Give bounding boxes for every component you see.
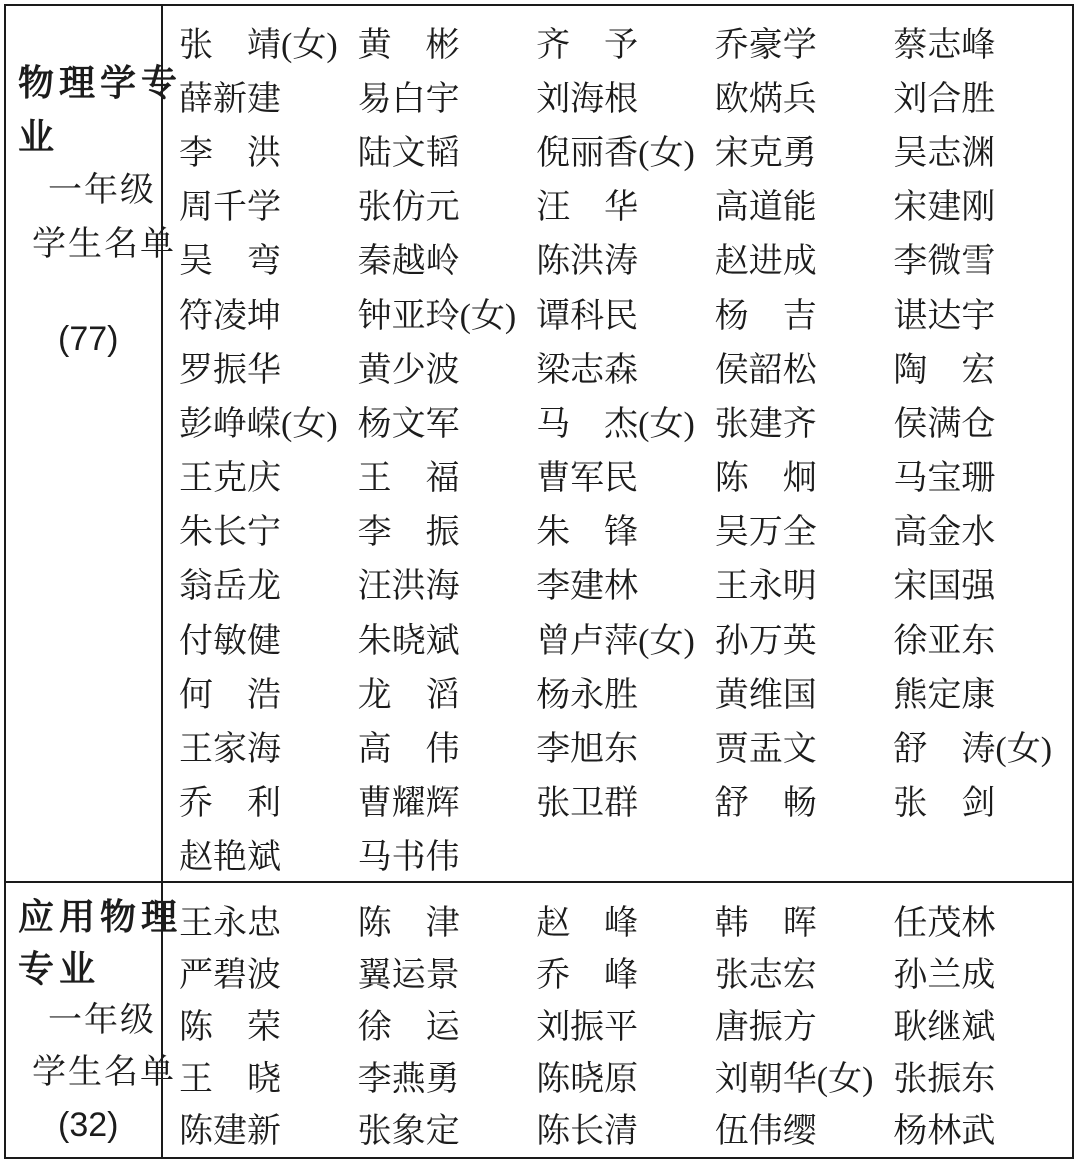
- student-name: 汪洪海: [358, 556, 537, 610]
- student-name: 汪 华: [536, 177, 715, 231]
- student-name: 赵艳斌: [179, 827, 358, 881]
- student-name: [536, 827, 715, 881]
- name-grid-physics: 张 靖(女)黄 彬齐 予乔豪学蔡志峰薛新建易白宇刘海根欧焫兵刘合胜李 洪陆文韬倪…: [163, 6, 1072, 881]
- student-name: 翼运景: [358, 945, 537, 997]
- student-name: 蔡志峰: [893, 14, 1072, 68]
- student-name: 朱长宁: [179, 502, 358, 556]
- student-name: 王永忠: [179, 893, 358, 945]
- student-name: 李 洪: [179, 122, 358, 176]
- grade-label: 一年级: [18, 995, 157, 1047]
- row-header-physics: 物理学专 业 一年级 学生名单 (77): [6, 6, 163, 881]
- student-name: 张象定: [358, 1101, 537, 1153]
- scanned-roster-page: 物理学专 业 一年级 学生名单 (77) 张 靖(女)黄 彬齐 予乔豪学蔡志峰薛…: [0, 0, 1078, 1163]
- student-name: 谌达宇: [893, 285, 1072, 339]
- student-name: 乔豪学: [715, 14, 894, 68]
- student-name: 钟亚玲(女): [358, 285, 537, 339]
- student-name: 秦越岭: [358, 231, 537, 285]
- student-name: 舒 畅: [715, 773, 894, 827]
- student-name: 曹耀辉: [358, 773, 537, 827]
- student-name: 杨永胜: [536, 664, 715, 718]
- student-name: 贾盂文: [715, 718, 894, 772]
- student-name: 马 杰(女): [536, 393, 715, 447]
- student-name: 马书伟: [358, 827, 537, 881]
- student-name: 齐 予: [536, 14, 715, 68]
- student-name: 张卫群: [536, 773, 715, 827]
- student-name: 宋建刚: [893, 177, 1072, 231]
- student-name: 吴 弯: [179, 231, 358, 285]
- student-name: 伍伟缨: [715, 1101, 894, 1153]
- student-name: 高 伟: [358, 718, 537, 772]
- student-name: 陈长清: [536, 1101, 715, 1153]
- student-name: 李建林: [536, 556, 715, 610]
- list-label: 学生名单: [18, 1047, 157, 1099]
- student-name: 李微雪: [893, 231, 1072, 285]
- student-name: 王家海: [179, 718, 358, 772]
- student-name: 王 晓: [179, 1049, 358, 1101]
- student-name: 彭峥嵘(女): [179, 393, 358, 447]
- student-name: 张 靖(女): [179, 14, 358, 68]
- student-count: (32): [18, 1099, 157, 1151]
- student-name: 易白宇: [358, 68, 537, 122]
- student-name: 张 剑: [893, 773, 1072, 827]
- student-name: 杨林武: [893, 1101, 1072, 1153]
- student-name: 陆文韬: [358, 122, 537, 176]
- student-name: 熊定康: [893, 664, 1072, 718]
- student-name: 乔 峰: [536, 945, 715, 997]
- student-name: 陈 津: [358, 893, 537, 945]
- student-name: 杨文军: [358, 393, 537, 447]
- student-name: 张仿元: [358, 177, 537, 231]
- student-name: 耿继斌: [893, 997, 1072, 1049]
- student-name: 曹军民: [536, 448, 715, 502]
- student-name: 薛新建: [179, 68, 358, 122]
- student-name: [893, 827, 1072, 881]
- student-name: 孙兰成: [893, 945, 1072, 997]
- student-name: 李 振: [358, 502, 537, 556]
- student-name: 朱 锋: [536, 502, 715, 556]
- student-name: 周千学: [179, 177, 358, 231]
- student-name: 李旭东: [536, 718, 715, 772]
- student-name: 高道能: [715, 177, 894, 231]
- student-name: 赵 峰: [536, 893, 715, 945]
- student-name: 陈 荣: [179, 997, 358, 1049]
- student-name: 黄少波: [358, 339, 537, 393]
- student-name: 欧焫兵: [715, 68, 894, 122]
- student-name: 王克庆: [179, 448, 358, 502]
- student-name: 陶 宏: [893, 339, 1072, 393]
- student-name: 陈晓原: [536, 1049, 715, 1101]
- student-name: 任茂林: [893, 893, 1072, 945]
- student-name: 赵进成: [715, 231, 894, 285]
- student-name: 梁志森: [536, 339, 715, 393]
- student-name: 侯满仓: [893, 393, 1072, 447]
- student-name: 黄维国: [715, 664, 894, 718]
- name-grid-applied-physics: 王永忠陈 津赵 峰韩 晖任茂林严碧波翼运景乔 峰张志宏孙兰成陈 荣徐 运刘振平唐…: [163, 883, 1072, 1157]
- student-name: 符凌坤: [179, 285, 358, 339]
- student-name: 刘振平: [536, 997, 715, 1049]
- major-name-line1: 物理学专: [18, 56, 157, 110]
- student-name: 翁岳龙: [179, 556, 358, 610]
- student-name: 孙万英: [715, 610, 894, 664]
- student-name: 罗振华: [179, 339, 358, 393]
- student-roster-table: 物理学专 业 一年级 学生名单 (77) 张 靖(女)黄 彬齐 予乔豪学蔡志峰薛…: [4, 4, 1074, 1159]
- student-name: 刘合胜: [893, 68, 1072, 122]
- student-name: 徐亚东: [893, 610, 1072, 664]
- student-name: 舒 涛(女): [893, 718, 1072, 772]
- student-name: 徐 运: [358, 997, 537, 1049]
- student-name: 何 浩: [179, 664, 358, 718]
- section-applied-physics: 应用物理 专业 一年级 学生名单 (32) 王永忠陈 津赵 峰韩 晖任茂林严碧波…: [6, 883, 1072, 1157]
- student-name: 王 福: [358, 448, 537, 502]
- student-name: 刘朝华(女): [715, 1049, 894, 1101]
- student-name: 张志宏: [715, 945, 894, 997]
- student-name: [715, 827, 894, 881]
- major-name-line2: 专业: [18, 943, 157, 995]
- student-name: 宋国强: [893, 556, 1072, 610]
- row-header-applied-physics: 应用物理 专业 一年级 学生名单 (32): [6, 883, 163, 1157]
- student-name: 龙 滔: [358, 664, 537, 718]
- student-name: 倪丽香(女): [536, 122, 715, 176]
- student-name: 侯韶松: [715, 339, 894, 393]
- student-name: 王永明: [715, 556, 894, 610]
- student-name: 严碧波: [179, 945, 358, 997]
- student-name: 唐振方: [715, 997, 894, 1049]
- student-name: 黄 彬: [358, 14, 537, 68]
- student-name: 吴万全: [715, 502, 894, 556]
- student-name: 张振东: [893, 1049, 1072, 1101]
- student-name: 吴志渊: [893, 122, 1072, 176]
- student-name: 陈 炯: [715, 448, 894, 502]
- major-name-line2: 业: [18, 110, 157, 164]
- student-name: 朱晓斌: [358, 610, 537, 664]
- student-name: 宋克勇: [715, 122, 894, 176]
- student-name: 马宝珊: [893, 448, 1072, 502]
- student-name: 高金水: [893, 502, 1072, 556]
- student-name: 陈洪涛: [536, 231, 715, 285]
- list-label: 学生名单: [18, 218, 157, 272]
- student-name: 陈建新: [179, 1101, 358, 1153]
- grade-label: 一年级: [18, 164, 157, 218]
- student-name: 张建齐: [715, 393, 894, 447]
- student-name: 杨 吉: [715, 285, 894, 339]
- student-name: 韩 晖: [715, 893, 894, 945]
- section-physics: 物理学专 业 一年级 学生名单 (77) 张 靖(女)黄 彬齐 予乔豪学蔡志峰薛…: [6, 6, 1072, 883]
- student-name: 刘海根: [536, 68, 715, 122]
- student-name: 谭科民: [536, 285, 715, 339]
- student-name: 付敏健: [179, 610, 358, 664]
- student-name: 曾卢萍(女): [536, 610, 715, 664]
- student-name: 李燕勇: [358, 1049, 537, 1101]
- major-name-line1: 应用物理: [18, 891, 157, 943]
- student-count: (77): [18, 312, 157, 366]
- student-name: 乔 利: [179, 773, 358, 827]
